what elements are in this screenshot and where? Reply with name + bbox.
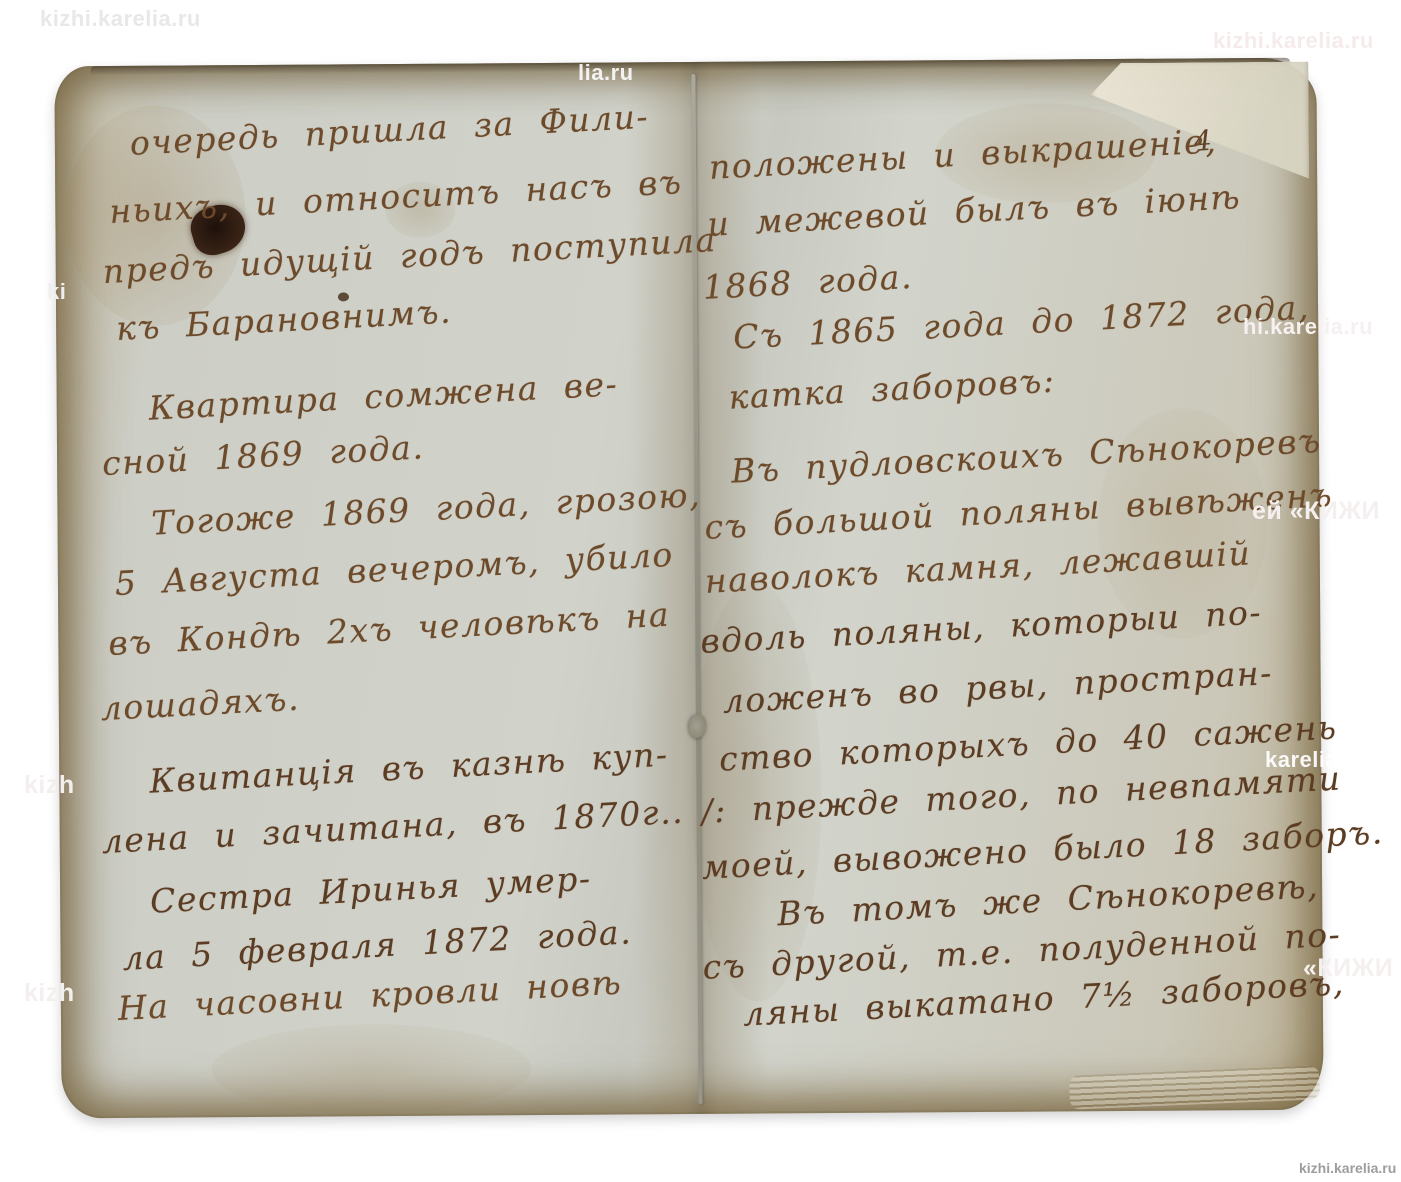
watermark-text: «КИЖИ — [1303, 954, 1393, 983]
manuscript-line: катка заборовъ: — [728, 361, 1057, 417]
watermark-text: ki — [47, 279, 66, 305]
manuscript-line: сной 1869 года. — [101, 427, 425, 483]
manuscript-line: лошадяхъ. — [100, 679, 301, 728]
manuscript-line: Тогоже 1869 года, грозою, — [151, 475, 702, 543]
manuscript-book-spread: очередь пришла за Фили- ньихъ, и относит… — [54, 58, 1323, 1119]
manuscript-line: очередь пришла за Фили- — [129, 97, 650, 163]
watermark-text: kizhi.karelia.ru — [40, 6, 201, 32]
manuscript-line: и межевой былъ въ іюнѣ — [706, 177, 1241, 244]
photo-background: очередь пришла за Фили- ньихъ, и относит… — [0, 0, 1401, 1182]
page-stack-edges — [1069, 1065, 1320, 1109]
watermark-text: kizh — [24, 979, 75, 1008]
watermark-text: kizh — [24, 771, 75, 800]
watermark-text: kizhi.karelia.ru — [1213, 28, 1374, 54]
watermark-text: hi.karelia.ru — [1243, 314, 1373, 340]
manuscript-line: ложенъ во рвы, простран- — [722, 653, 1274, 721]
manuscript-line: Квартира сомжена ве- — [148, 364, 619, 428]
watermark-text: kizhi.karelia.ru — [1299, 1160, 1396, 1176]
paper-stain — [211, 1023, 532, 1115]
manuscript-line: наволокъ камня, лежавшій — [704, 533, 1252, 601]
watermark-text: ей «КИЖИ — [1252, 497, 1380, 526]
manuscript-line: ньихъ, и относитъ насъ въ — [108, 162, 683, 231]
manuscript-line: лена и зачитана, въ 1870г.. — [101, 792, 685, 861]
manuscript-line: 5 Августа вечеромъ, убило — [114, 535, 675, 603]
manuscript-line: къ Барановнимъ. — [115, 291, 453, 348]
watermark-text: lia.ru — [578, 60, 634, 86]
manuscript-line: положены и выкрашеніе, — [708, 121, 1218, 187]
watermark-text: karelia.ru — [1265, 747, 1368, 773]
manuscript-line: Сестра Иринья умер- — [149, 859, 592, 921]
manuscript-line: Квитанція въ казнѣ куп- — [148, 735, 669, 801]
manuscript-line: вдоль поляны, которыи по- — [699, 593, 1263, 661]
manuscript-line: въ Кондѣ 2хъ человѣкъ на — [107, 595, 671, 663]
